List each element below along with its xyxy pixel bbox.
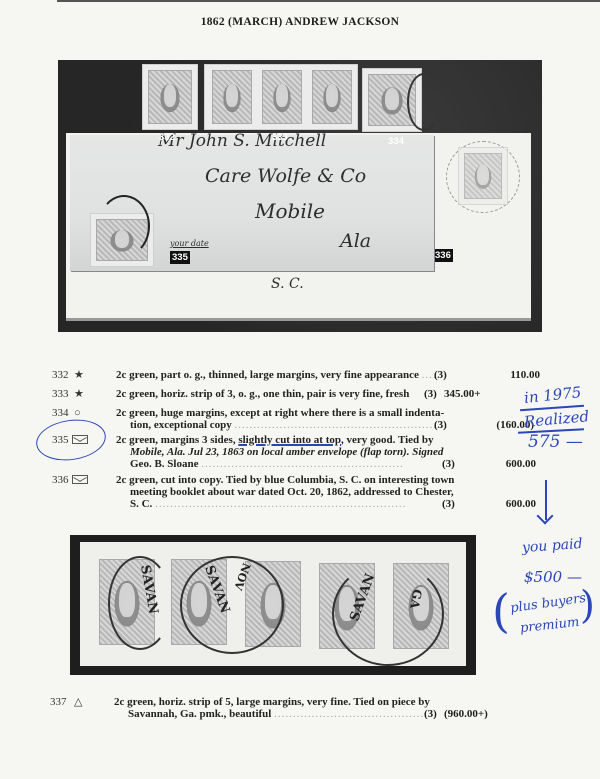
lot-description: 2c green, margins 3 sides, slightly cut … (116, 434, 491, 470)
stamp-334 (362, 68, 422, 132)
note-premium: premium (519, 615, 580, 636)
note-plus-buyers: plus buyers (509, 591, 587, 616)
address-line-4: Ala (340, 230, 371, 252)
note-realized-amount: 575 — (528, 432, 583, 452)
photo-plate-lots-332-336: S. C. 336 Mr John S. Mitchell Care Wolfe… (58, 60, 542, 332)
note-realized: Realized (523, 407, 589, 431)
stamp-strip-337-on-piece: SAVAN SAVAN NOV SAVAN GA (80, 542, 466, 666)
lot-number: 333 (52, 388, 90, 400)
booklet-handwriting: S. C. (271, 276, 304, 292)
lot-grade: (3) (424, 708, 437, 720)
stamp-strip-333 (204, 64, 358, 130)
address-line-1: Mr John S. Mitchell (158, 131, 326, 151)
lot-number: 332 (52, 369, 90, 381)
lot-grade: (3) (434, 419, 447, 431)
handwritten-circle-lot-335 (34, 415, 109, 464)
lot-price: 345.00+ (444, 388, 508, 400)
note-you-paid: you paid (522, 536, 584, 556)
circle-icon: ○ (74, 407, 81, 419)
lot-price: 600.00 (472, 458, 536, 470)
lot-price: 110.00 (476, 369, 540, 381)
postmark-savannah-2 (180, 556, 284, 654)
lot-description: 2c green, cut into copy. Tied by blue Co… (116, 474, 491, 510)
cover-335-envelope: Mr John S. Mitchell Care Wolfe & Co Mobi… (70, 135, 434, 271)
lot-label-334: 334 (388, 136, 404, 147)
star-icon: ★ (74, 369, 84, 381)
note-in-1975: in 1975 (523, 383, 582, 407)
lot-label-335: 335 (170, 251, 190, 264)
photo-plate-lot-337: SAVAN SAVAN NOV SAVAN GA (70, 535, 476, 675)
lot-price: 600.00 (472, 498, 536, 510)
top-rule (57, 0, 600, 2)
stamp-332 (142, 64, 198, 130)
arrow-down-icon (545, 480, 547, 520)
lot-grade: (3) (424, 388, 437, 400)
address-line-3: Mobile (255, 199, 325, 223)
address-line-2: Care Wolfe & Co (205, 165, 366, 187)
postmark-mobile (98, 195, 150, 257)
envelope-annotation: your date (170, 239, 209, 248)
lot-price: (960.00+) (444, 708, 524, 720)
postmark-334 (407, 73, 441, 131)
lot-grade: (3) (442, 498, 455, 510)
note-paid-amount: $500 — (524, 568, 582, 586)
lot-label-336: 336 (433, 249, 453, 262)
star-icon: ★ (74, 388, 84, 400)
lot-label-333: 333 (272, 132, 288, 143)
lot-grade: (3) (442, 458, 455, 470)
envelope-icon (72, 475, 88, 484)
triangle-icon: △ (74, 696, 82, 708)
page-title: 1862 (MARCH) ANDREW JACKSON (0, 16, 600, 28)
lot-label-332: 332 (159, 132, 175, 143)
note-close-paren: ) (580, 582, 595, 628)
lot-grade: (3) (434, 369, 447, 381)
note-open-paren: ( (492, 588, 510, 634)
stamp-336 (458, 147, 508, 205)
lot-number: 334 (52, 407, 90, 419)
